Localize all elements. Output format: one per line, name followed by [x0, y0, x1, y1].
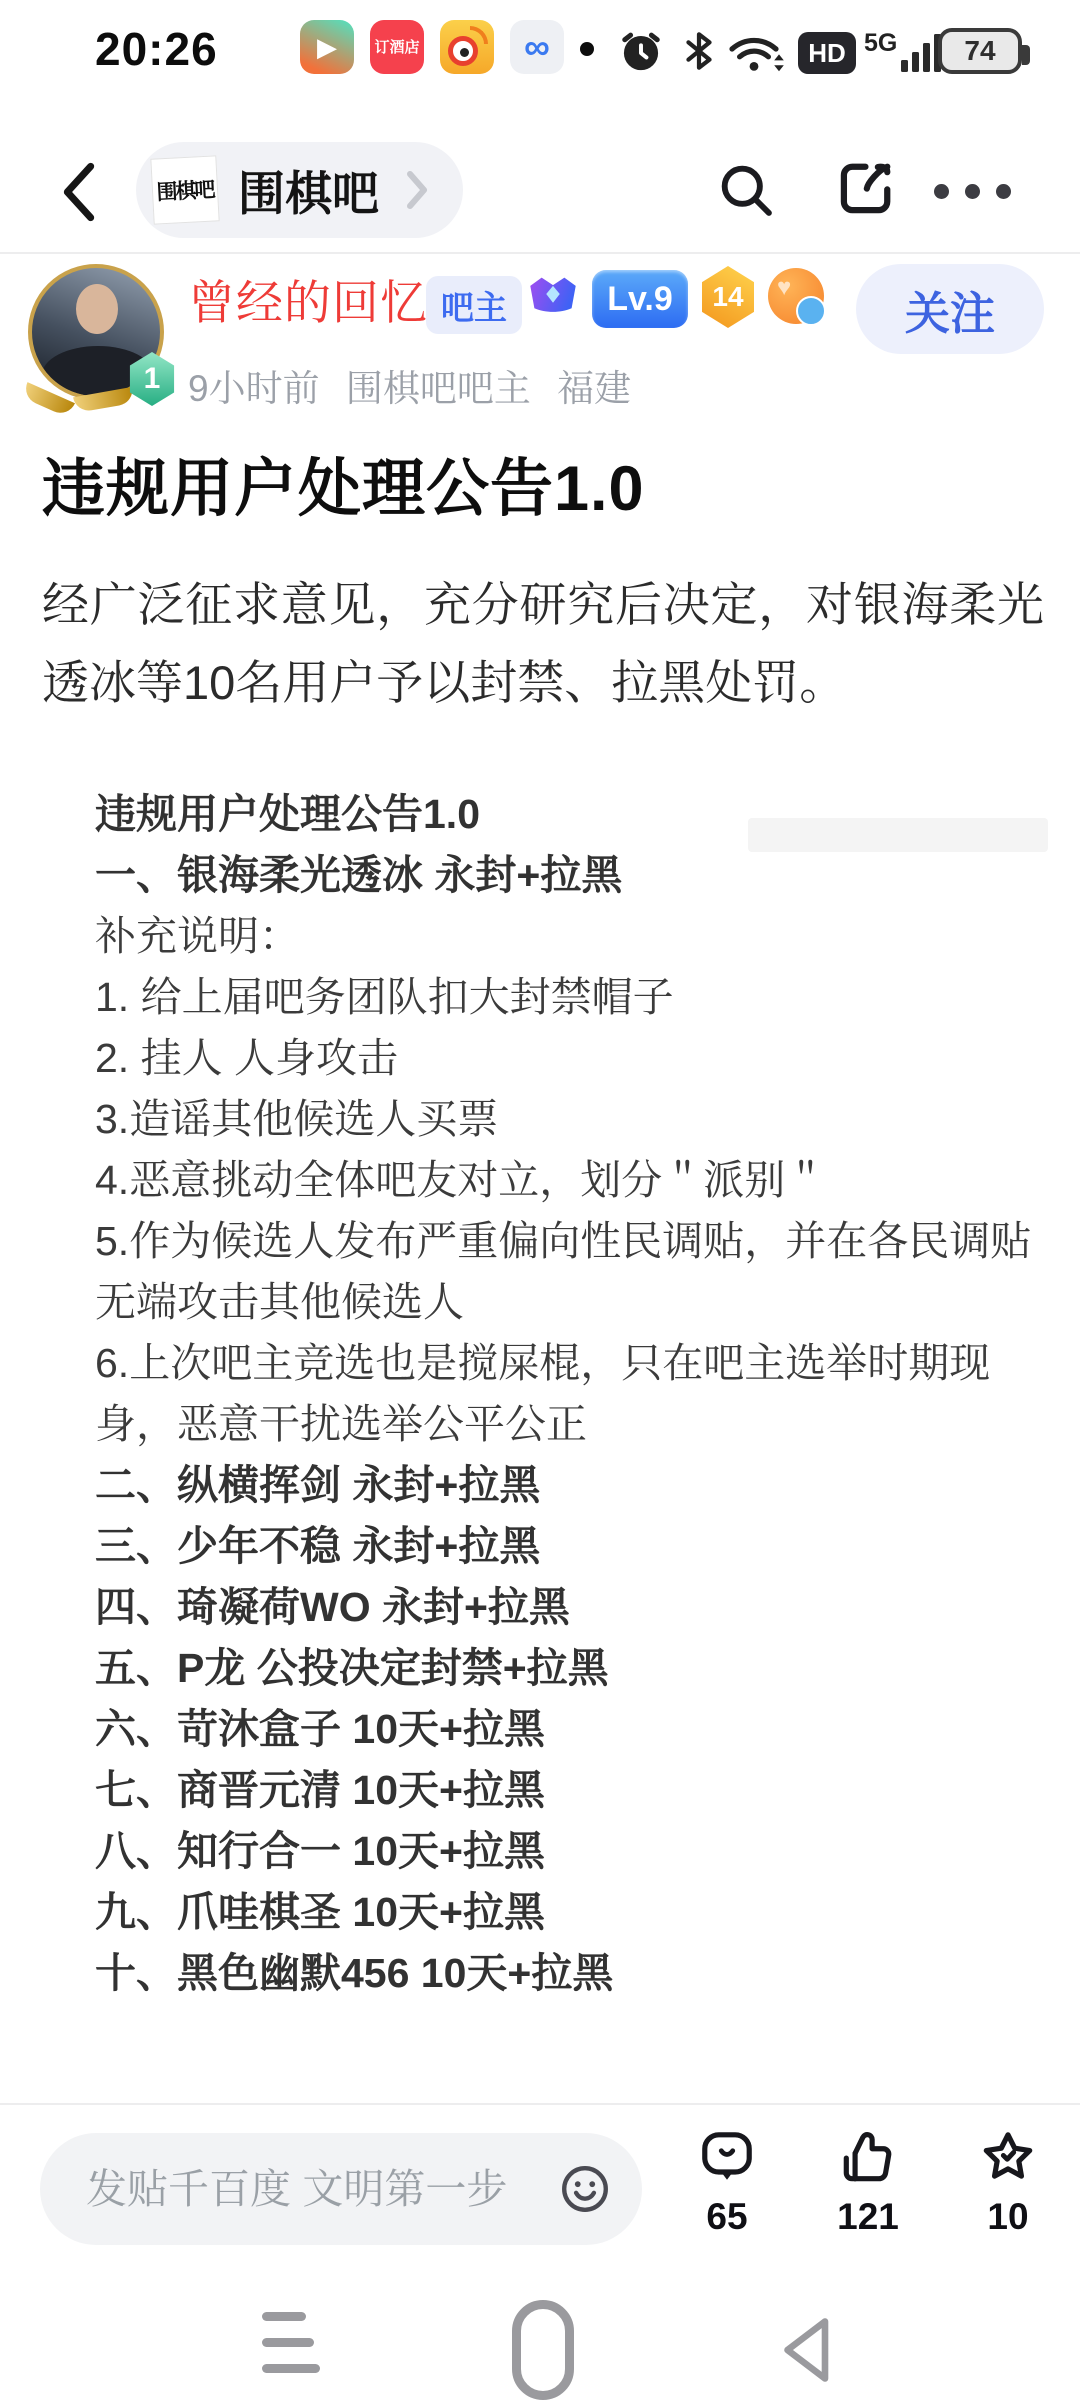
compose-icon[interactable]	[832, 154, 900, 227]
favorite-count: 10	[987, 2196, 1028, 2238]
bluetooth-icon	[676, 28, 722, 79]
notification-app-icons: ▶ 订酒店 ∞	[300, 20, 564, 74]
hd-volte-icon: HD	[798, 32, 856, 74]
alarm-icon	[616, 26, 666, 81]
announcement-line: 5.作为候选人发布严重偏向性民调贴，并在各民调贴无端攻击其他候选人	[95, 1211, 1047, 1333]
author-username[interactable]: 曾经的回忆.	[188, 266, 442, 333]
announcement-line: 补充说明：	[95, 906, 1047, 967]
announcement-line: 3.造谣其他候选人买票	[95, 1089, 1047, 1150]
announcement-image-text[interactable]: 违规用户处理公告1.0 一、银海柔光透冰 永封+拉黑 补充说明： 1. 给上届吧…	[95, 784, 1047, 2004]
gem-badge: 14	[702, 266, 754, 328]
header-divider	[0, 252, 1080, 254]
comment-input-pill[interactable]	[40, 2133, 642, 2245]
announcement-line: 五、P龙 公投决定封禁+拉黑	[95, 1638, 1047, 1699]
bottom-bar-divider	[0, 2103, 1080, 2105]
announcement-line: 违规用户处理公告1.0	[95, 784, 1047, 845]
emoji-smiley-icon[interactable]	[556, 2160, 614, 2218]
hotel-app-icon: 订酒店	[370, 20, 424, 74]
like-button[interactable]: 121	[806, 2126, 930, 2238]
announcement-line: 6.上次吧主竞选也是搅屎棍，只在吧主选举时期现身，恶意干扰选举公平公正	[95, 1333, 1047, 1455]
star-check-icon	[977, 2126, 1039, 2188]
forum-avatar: 围棋吧	[150, 155, 219, 224]
favorite-button[interactable]: 10	[946, 2126, 1070, 2238]
thumbs-up-icon	[837, 2126, 899, 2188]
recents-button[interactable]	[262, 2312, 320, 2373]
comment-bubble-icon	[696, 2126, 758, 2188]
announcement-line: 三、少年不稳 永封+拉黑	[95, 1516, 1047, 1577]
author-avatar[interactable]: 1	[26, 262, 172, 414]
announcement-line: 2. 挂人 人身攻击	[95, 1028, 1047, 1089]
announcement-line: 一、银海柔光透冰 永封+拉黑	[95, 845, 1047, 906]
system-back-button[interactable]	[768, 2302, 846, 2398]
crown-badge-icon	[524, 266, 582, 329]
wifi-icon	[726, 30, 788, 83]
comment-input[interactable]	[86, 2166, 540, 2213]
emoji-badge-icon	[768, 268, 824, 324]
announcement-line: 1. 给上届吧务团队扣大封禁帽子	[95, 967, 1047, 1028]
announcement-line: 八、知行合一 10天+拉黑	[95, 1821, 1047, 1882]
chevron-right-icon	[399, 166, 433, 214]
cloud-app-icon: ∞	[510, 20, 564, 74]
comments-button[interactable]: 65	[665, 2126, 789, 2238]
post-body: 经广泛征求意见，充分研究后决定，对银海柔光透冰等10名用户予以封禁、拉黑处罚。	[42, 566, 1044, 722]
post-title: 违规用户处理公告1.0	[42, 438, 645, 529]
more-options-icon[interactable]	[934, 184, 1011, 199]
announcement-line: 十、黑色幽默456 10天+拉黑	[95, 1943, 1047, 2004]
back-button[interactable]	[44, 148, 114, 236]
moderator-badge: 吧主	[426, 276, 522, 334]
forum-pill[interactable]: 围棋吧 围棋吧	[136, 142, 463, 238]
announcement-line: 九、爪哇棋圣 10天+拉黑	[95, 1882, 1047, 1943]
announcement-line: 六、苛沐盒子 10天+拉黑	[95, 1699, 1047, 1760]
tieba-post-screen: 20:26 ▶ 订酒店 ∞ HD 5G	[0, 0, 1080, 2400]
home-button[interactable]	[512, 2300, 574, 2400]
like-count: 121	[837, 2196, 899, 2238]
announcement-line: 二、纵横挥剑 永封+拉黑	[95, 1455, 1047, 1516]
announcement-line: 4.恶意挑动全体吧友对立，划分＂派别＂	[95, 1150, 1047, 1211]
video-app-icon: ▶	[300, 20, 354, 74]
comment-count: 65	[706, 2196, 747, 2238]
status-time: 20:26	[95, 22, 218, 76]
follow-button[interactable]: 关注	[856, 264, 1044, 354]
search-icon[interactable]	[714, 158, 778, 227]
notification-dot-icon	[580, 42, 594, 56]
post-meta: 9小时前 围棋吧吧主 福建	[188, 358, 631, 412]
forum-name: 围棋吧	[238, 157, 379, 224]
announcement-line: 七、商晋元清 10天+拉黑	[95, 1760, 1047, 1821]
back-triangle-icon	[768, 2302, 846, 2398]
battery-icon: 74	[938, 28, 1022, 74]
weibo-app-icon	[440, 20, 494, 74]
announcement-line: 四、琦凝荷WO 永封+拉黑	[95, 1577, 1047, 1638]
level-badge: Lv.9	[592, 270, 688, 328]
